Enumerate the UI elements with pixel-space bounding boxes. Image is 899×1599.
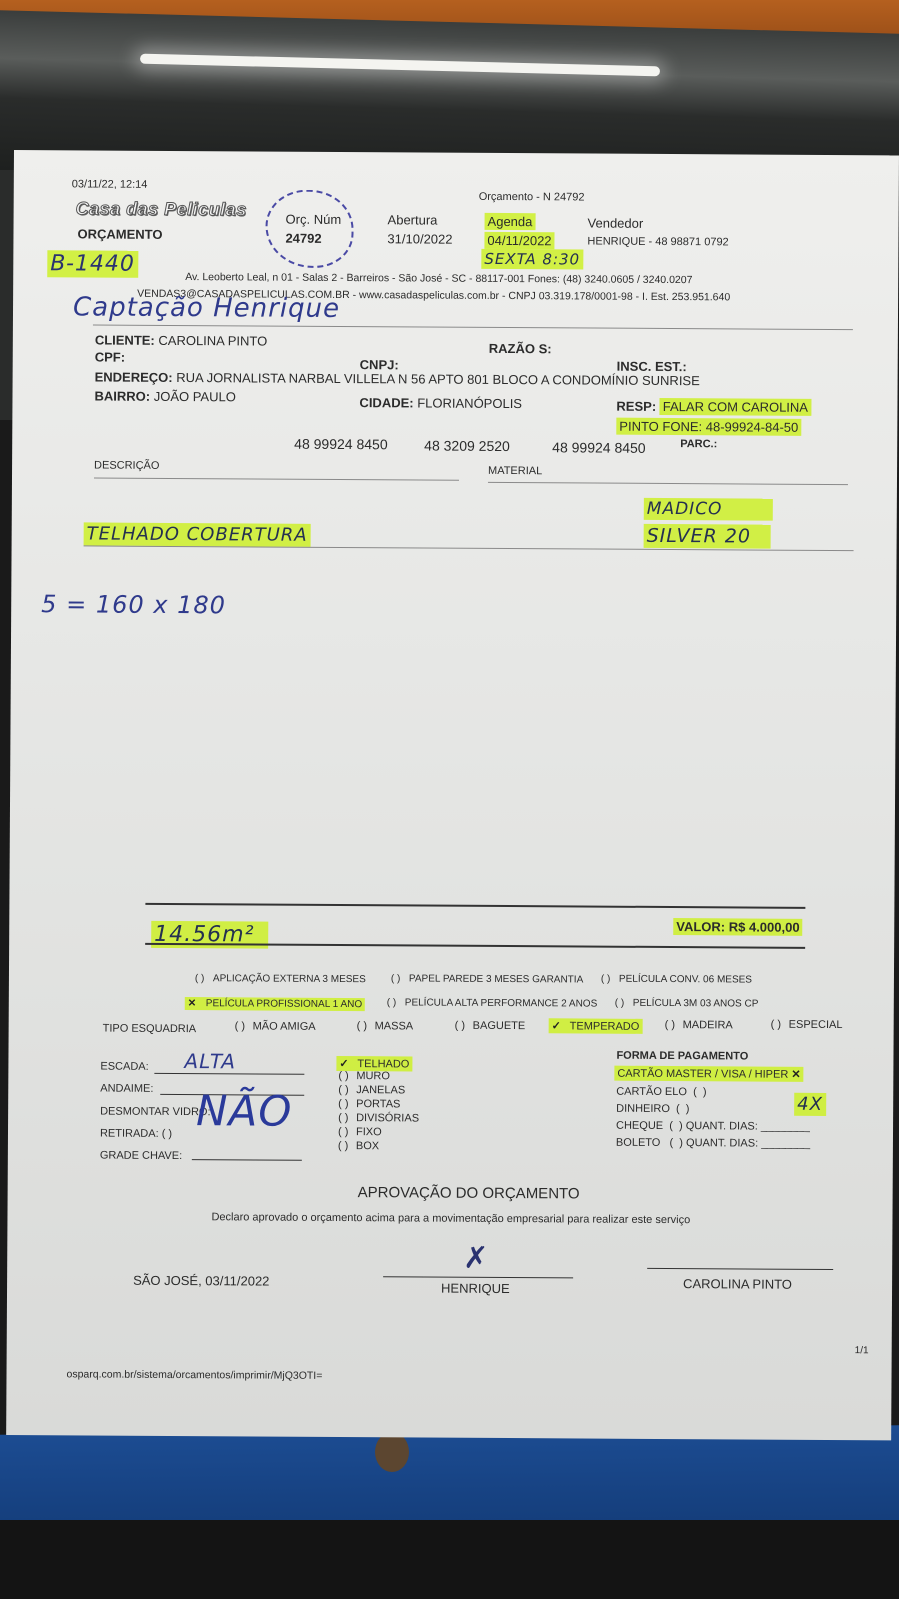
location-label: DIVISÓRIAS <box>356 1112 419 1124</box>
location-option-6[interactable]: ( )BOX <box>338 1140 379 1152</box>
page-number: 1/1 <box>855 1345 869 1356</box>
grade-label: GRADE CHAVE: <box>100 1150 182 1163</box>
orcamento-ref: Orçamento - N 24792 <box>479 191 585 204</box>
abertura-label: Abertura <box>388 212 438 227</box>
orc-num: 24792 <box>285 231 321 246</box>
material-line1: MADICO <box>644 498 773 521</box>
valor-amount: R$ 4.000,00 <box>729 919 800 934</box>
escada-label: ESCADA: <box>100 1061 148 1073</box>
esquadria-option-1[interactable]: ( )MASSA <box>357 1020 414 1032</box>
endereco-field: ENDEREÇO: RUA JORNALISTA NARBAL VILLELA … <box>95 369 700 388</box>
esquadria-option-0[interactable]: ( )MÃO AMIGA <box>235 1020 316 1032</box>
valor-label: VALOR: <box>676 919 725 934</box>
cnpj-label: CNPJ: <box>360 357 399 372</box>
esquadria-option-label: MASSA <box>375 1020 414 1032</box>
warranty-option-3[interactable]: ✕PELÍCULA PROFISSIONAL 1 ANO <box>185 997 365 1011</box>
retirada-label: RETIRADA: ( ) <box>100 1128 172 1140</box>
agenda-note: SEXTA 8:30 <box>481 249 583 270</box>
cidade-field: CIDADE: FLORIANÓPOLIS <box>359 395 522 411</box>
warranty-option-2[interactable]: ( )PELÍCULA CONV. 06 MESES <box>601 974 752 986</box>
grade-underline <box>192 1159 302 1161</box>
orc-num-label: Orç. Núm <box>286 212 342 227</box>
checkmark-icon: ✓ <box>339 1057 357 1070</box>
payment-boleto-label: BOLETO <box>616 1137 661 1149</box>
payment-cartao-elo[interactable]: CARTÃO ELO ( ) <box>616 1086 706 1099</box>
descricao-underline <box>94 477 459 480</box>
descricao-handwritten: TELHADO COBERTURA <box>84 522 311 546</box>
bairro-label: BAIRRO: <box>94 388 150 403</box>
background-bottom <box>0 1520 899 1599</box>
handwritten-captacao: Captação Henrique <box>73 292 340 324</box>
warranty-label: PELÍCULA PROFISSIONAL 1 ANO <box>206 998 362 1010</box>
descricao-label: DESCRIÇÃO <box>94 459 159 471</box>
clipboard-screw <box>375 1432 409 1472</box>
esquadria-option-label: BAGUETE <box>473 1020 526 1032</box>
location-label: FIXO <box>356 1126 382 1138</box>
cidade-label: CIDADE: <box>359 395 413 410</box>
company-logo: Casa das Peliculas <box>76 198 247 220</box>
razao-label: RAZÃO S: <box>489 341 552 356</box>
esquadria-option-label: TEMPERADO <box>570 1020 640 1032</box>
warranty-label: APLICAÇÃO EXTERNA 3 MESES <box>213 973 366 985</box>
phone-3: 48 99924 8450 <box>552 439 646 456</box>
cidade-value: FLORIANÓPOLIS <box>417 395 522 411</box>
measure-handwritten: 5 = 160 x 180 <box>41 590 226 619</box>
vendedor: HENRIQUE - 48 98871 0792 <box>587 236 728 249</box>
warranty-label: PAPEL PAREDE 3 MESES GARANTIA <box>409 973 583 985</box>
location-label: MURO <box>356 1070 390 1082</box>
client-signature-line <box>647 1268 833 1270</box>
boleto-quant-dias: QUANT. DIAS: <box>686 1137 758 1149</box>
approval-title: APROVAÇÃO DO ORÇAMENTO <box>358 1184 580 1202</box>
payment-cartao-master[interactable]: CARTÃO MASTER / VISA / HIPER ✕ <box>614 1066 803 1082</box>
esquadria-option-4[interactable]: ( )MADEIRA <box>665 1019 733 1031</box>
approval-declaration: Declaro aprovado o orçamento acima para … <box>211 1211 690 1226</box>
location-label: BOX <box>356 1140 379 1152</box>
totals-top-line <box>145 903 805 909</box>
company-address: Av. Leoberto Leal, n 01 - Salas 2 - Barr… <box>185 271 692 286</box>
warranty-option-1[interactable]: ( )PAPEL PAREDE 3 MESES GARANTIA <box>391 973 583 985</box>
payment-boleto[interactable]: BOLETO ( ) QUANT. DIAS: ________ <box>616 1137 810 1150</box>
cliente-field: CLIENTE: CAROLINA PINTO <box>95 332 268 348</box>
cliente-value: CAROLINA PINTO <box>158 333 267 349</box>
warranty-option-0[interactable]: ( )APLICAÇÃO EXTERNA 3 MESES <box>195 973 366 985</box>
payment-dinheiro-label: DINHEIRO <box>616 1103 670 1115</box>
abertura-date: 31/10/2022 <box>387 231 452 246</box>
bairro-value: JOÃO PAULO <box>154 389 236 405</box>
esquadria-option-5[interactable]: ( )ESPECIAL <box>771 1019 843 1031</box>
payment-cheque-label: CHEQUE <box>616 1120 663 1132</box>
warranty-label: PELÍCULA 3M 03 ANOS CP <box>633 998 759 1010</box>
esquadria-option-2[interactable]: ( )BAGUETE <box>455 1020 526 1032</box>
endereco-value: RUA JORNALISTA NARBAL VILLELA N 56 APTO … <box>176 370 700 388</box>
resp-field: RESP: FALAR COM CAROLINA <box>616 399 811 415</box>
checkmark-icon: ✓ <box>552 1019 570 1032</box>
endereco-label: ENDEREÇO: <box>95 369 173 384</box>
location-option-3[interactable]: ( )PORTAS <box>338 1098 400 1110</box>
cliente-label: CLIENTE: <box>95 332 155 347</box>
payment-cartao-master-label: CARTÃO MASTER / VISA / HIPER <box>617 1068 788 1081</box>
location-option-1[interactable]: ( )MURO <box>338 1070 390 1082</box>
location-label: TELHADO <box>357 1058 409 1070</box>
vendedor-label: Vendedor <box>588 216 644 231</box>
phone-1: 48 99924 8450 <box>294 436 388 453</box>
resp-line2: PINTO FONE: 48-99924-84-50 <box>616 418 801 436</box>
cheque-quant-dias: QUANT. DIAS: <box>686 1120 758 1132</box>
esquadria-option-label: MADEIRA <box>683 1019 733 1031</box>
valor-field: VALOR: R$ 4.000,00 <box>673 918 802 936</box>
print-datetime: 03/11/22, 12:14 <box>72 178 148 190</box>
esquadria-label: TIPO ESQUADRIA <box>103 1023 197 1036</box>
seller-signature-icon: ✗ <box>463 1241 489 1276</box>
resp-label: RESP: <box>616 399 656 414</box>
payment-dinheiro[interactable]: DINHEIRO ( ) <box>616 1103 689 1115</box>
location-label: PORTAS <box>356 1098 400 1110</box>
warranty-label: PELÍCULA CONV. 06 MESES <box>619 974 752 986</box>
retirada-label-text: RETIRADA: <box>100 1128 159 1140</box>
cpf-label: CPF: <box>95 349 125 364</box>
client-name: CAROLINA PINTO <box>683 1276 792 1292</box>
approval-place-date: SÃO JOSÉ, 03/11/2022 <box>133 1273 269 1289</box>
checkmark-icon: ✕ <box>188 998 206 1009</box>
material-label: MATERIAL <box>488 465 542 477</box>
handwritten-code: B-1440 <box>47 250 138 278</box>
seller-name: HENRIQUE <box>441 1281 510 1296</box>
warranty-label: PELÍCULA ALTA PERFORMANCE 2 ANOS <box>405 997 598 1009</box>
warranty-option-5[interactable]: ( )PELÍCULA 3M 03 ANOS CP <box>615 998 759 1010</box>
payment-cheque[interactable]: CHEQUE ( ) QUANT. DIAS: ________ <box>616 1120 810 1133</box>
handwritten-nao: NÃO <box>196 1086 293 1136</box>
esquadria-option-3[interactable]: ✓TEMPERADO <box>549 1018 643 1034</box>
installments-handwritten: 4X <box>794 1093 826 1116</box>
doc-type: ORÇAMENTO <box>77 226 162 242</box>
payment-title: FORMA DE PAGAMENTO <box>616 1050 748 1063</box>
agenda-date: 04/11/2022 <box>484 232 554 249</box>
bairro-field: BAIRRO: JOÃO PAULO <box>94 388 235 404</box>
footer-url[interactable]: osparq.com.br/sistema/orcamentos/imprimi… <box>66 1368 322 1382</box>
location-option-4[interactable]: ( )DIVISÓRIAS <box>338 1112 419 1124</box>
orc-num-stamp <box>265 190 353 269</box>
andaime-label: ANDAIME: <box>100 1083 153 1095</box>
esquadria-option-label: MÃO AMIGA <box>253 1020 316 1032</box>
seller-signature-line <box>383 1276 573 1278</box>
location-label: JANELAS <box>356 1084 405 1096</box>
quote-document: 03/11/22, 12:14 Casa das Peliculas ORÇAM… <box>6 150 899 1440</box>
location-option-5[interactable]: ( )FIXO <box>338 1126 382 1138</box>
checkmark-icon: ✕ <box>791 1069 800 1081</box>
location-option-2[interactable]: ( )JANELAS <box>338 1084 405 1096</box>
warranty-option-4[interactable]: ( )PELÍCULA ALTA PERFORMANCE 2 ANOS <box>387 997 598 1009</box>
payment-cartao-elo-label: CARTÃO ELO <box>616 1086 687 1098</box>
esquadria-option-label: ESPECIAL <box>789 1019 843 1031</box>
agenda-label: Agenda <box>485 213 536 230</box>
material-underline <box>488 482 848 485</box>
phone-2: 48 3209 2520 <box>424 438 510 455</box>
resp-line1: FALAR COM CAROLINA <box>660 398 811 416</box>
parc-label: PARC.: <box>680 438 717 450</box>
material-line2: SILVER 20 <box>644 524 771 549</box>
escada-value[interactable]: ALTA <box>184 1049 236 1073</box>
header-divider <box>93 324 853 330</box>
desmontar-label: DESMONTAR VIDRO: <box>100 1106 210 1119</box>
clipboard-bottom-blue <box>0 1425 899 1534</box>
